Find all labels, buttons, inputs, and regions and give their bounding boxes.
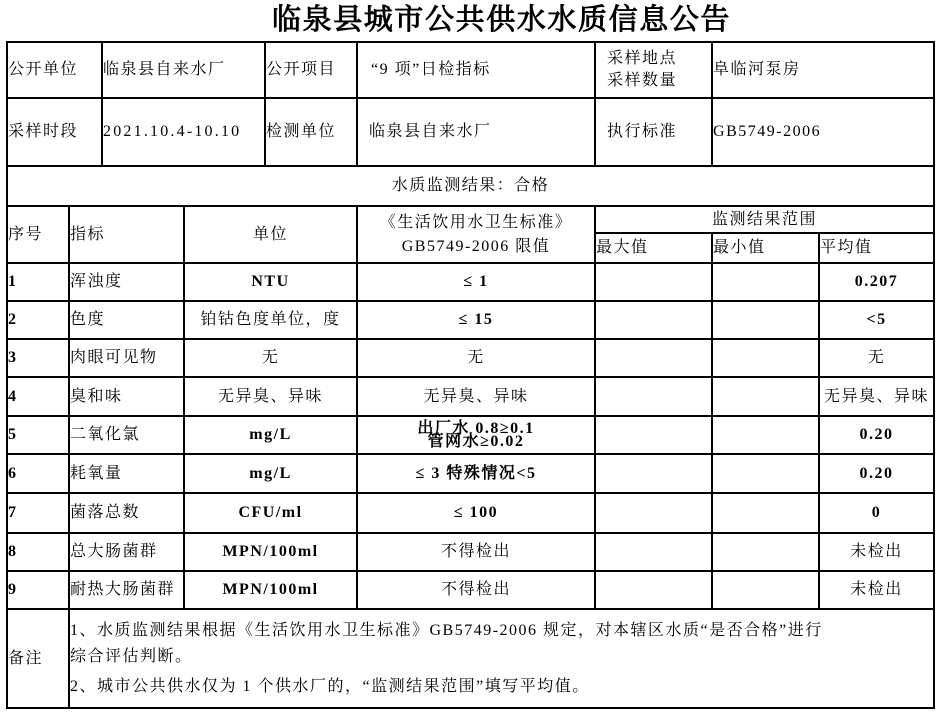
row-unit: 无 xyxy=(184,339,357,377)
row-min xyxy=(712,493,819,533)
remark-item-2: 2、城市公共供水仅为 1 个供水厂的，“监测结果范围”填写平均值。 xyxy=(70,674,933,700)
row-indicator: 浑浊度 xyxy=(69,263,184,301)
remark-line: 2、城市公共供水仅为 1 个供水厂的，“监测结果范围”填写平均值。 xyxy=(70,674,933,700)
row-unit: MPN/100ml xyxy=(184,571,357,609)
row-avg: 无异臭、异味 xyxy=(819,377,934,416)
header-min: 最小值 xyxy=(712,233,819,263)
testing-unit-label: 检测单位 xyxy=(265,98,357,166)
row-seq: 6 xyxy=(7,454,69,493)
sampling-period-label: 采样时段 xyxy=(7,98,102,166)
row-indicator: 耗氧量 xyxy=(69,454,184,493)
row-unit: mg/L xyxy=(184,416,357,454)
sampling-period-value: 2021.10.4-10.10 xyxy=(102,98,265,166)
row-limit: 出厂水 0.8≥0.1 管网水≥0.02 xyxy=(357,416,595,454)
row-limit: ≤ 15 xyxy=(357,301,595,339)
result-summary: 水质监测结果：合格 xyxy=(7,166,934,206)
row-max xyxy=(595,263,712,301)
row-avg: 0.207 xyxy=(819,263,934,301)
water-quality-table: 公开单位 临泉县自来水厂 公开项目 “9 项”日检指标 采样地点 采样数量 阜临… xyxy=(6,41,935,709)
row-limit: 无 xyxy=(357,339,595,377)
table-row: 6 耗氧量 mg/L ≤ 3 特殊情况<5 0.20 xyxy=(7,454,934,493)
table-row: 4 臭和味 无异臭、异味 无异臭、异味 无异臭、异味 xyxy=(7,377,934,416)
row-seq: 7 xyxy=(7,493,69,533)
row-seq: 5 xyxy=(7,416,69,454)
row-limit: 不得检出 xyxy=(357,571,595,609)
row-indicator: 色度 xyxy=(69,301,184,339)
row-avg: 未检出 xyxy=(819,533,934,571)
row-seq: 9 xyxy=(7,571,69,609)
header-limit: 《生活饮用水卫生标准》 GB5749-2006 限值 xyxy=(357,206,595,263)
header-max: 最大值 xyxy=(595,233,712,263)
row-max xyxy=(595,339,712,377)
sampling-location-label-line1: 采样地点 xyxy=(607,48,711,70)
row-limit-line2: 管网水≥0.02 xyxy=(358,435,594,448)
sampling-location-label: 采样地点 采样数量 xyxy=(595,42,712,98)
testing-unit-value: 临泉县自来水厂 xyxy=(357,98,595,166)
page-title: 临泉县城市公共供水水质信息公告 xyxy=(272,1,731,39)
table-row: 7 菌落总数 CFU/ml ≤ 100 0 xyxy=(7,493,934,533)
row-min xyxy=(712,416,819,454)
row-max xyxy=(595,571,712,609)
row-indicator: 二氧化氯 xyxy=(69,416,184,454)
header-unit: 单位 xyxy=(184,206,357,263)
header-indicator: 指标 xyxy=(69,206,184,263)
row-avg: 0.20 xyxy=(819,416,934,454)
row-avg: 0 xyxy=(819,493,934,533)
row-unit: CFU/ml xyxy=(184,493,357,533)
row-unit: MPN/100ml xyxy=(184,533,357,571)
row-avg: 0.20 xyxy=(819,454,934,493)
row-indicator: 肉眼可见物 xyxy=(69,339,184,377)
row-indicator: 耐热大肠菌群 xyxy=(69,571,184,609)
row-limit: 不得检出 xyxy=(357,533,595,571)
publish-unit-value: 临泉县自来水厂 xyxy=(102,42,265,98)
row-unit: 铂钴色度单位，度 xyxy=(184,301,357,339)
standard-value: GB5749-2006 xyxy=(712,98,934,166)
header-range: 监测结果范围 xyxy=(595,206,934,233)
row-min xyxy=(712,339,819,377)
row-min xyxy=(712,454,819,493)
row-max xyxy=(595,454,712,493)
row-max xyxy=(595,416,712,454)
row-indicator: 臭和味 xyxy=(69,377,184,416)
publish-item-value: “9 项”日检指标 xyxy=(357,42,595,98)
summary-row: 水质监测结果：合格 xyxy=(7,166,934,206)
row-limit: 无异臭、异味 xyxy=(357,377,595,416)
row-indicator: 总大肠菌群 xyxy=(69,533,184,571)
row-unit: mg/L xyxy=(184,454,357,493)
row-limit: ≤ 100 xyxy=(357,493,595,533)
row-avg: 未检出 xyxy=(819,571,934,609)
table-header-row-1: 序号 指标 单位 《生活饮用水卫生标准》 GB5749-2006 限值 监测结果… xyxy=(7,206,934,233)
table-row: 5 二氧化氯 mg/L 出厂水 0.8≥0.1 管网水≥0.02 0.20 xyxy=(7,416,934,454)
sampling-location-label-line2: 采样数量 xyxy=(607,70,711,92)
row-seq: 4 xyxy=(7,377,69,416)
row-unit: 无异臭、异味 xyxy=(184,377,357,416)
publish-unit-label: 公开单位 xyxy=(7,42,102,98)
row-seq: 1 xyxy=(7,263,69,301)
row-seq: 8 xyxy=(7,533,69,571)
remark-item-1: 1、水质监测结果根据《生活饮用水卫生标准》GB5749-2006 规定，对本辖区… xyxy=(70,618,933,670)
header-seq: 序号 xyxy=(7,206,69,263)
header-limit-line1: 《生活饮用水卫生标准》 xyxy=(358,211,594,235)
row-max xyxy=(595,301,712,339)
table-row: 1 浑浊度 NTU ≤ 1 0.207 xyxy=(7,263,934,301)
table-row: 9 耐热大肠菌群 MPN/100ml 不得检出 未检出 xyxy=(7,571,934,609)
standard-label: 执行标准 xyxy=(595,98,712,166)
table-row: 2 色度 铂钴色度单位，度 ≤ 15 <5 xyxy=(7,301,934,339)
row-unit: NTU xyxy=(184,263,357,301)
remark-line: 1、水质监测结果根据《生活饮用水卫生标准》GB5749-2006 规定，对本辖区… xyxy=(70,618,933,644)
row-seq: 3 xyxy=(7,339,69,377)
remarks-row: 备注 1、水质监测结果根据《生活饮用水卫生标准》GB5749-2006 规定，对… xyxy=(7,609,934,708)
table-row: 8 总大肠菌群 MPN/100ml 不得检出 未检出 xyxy=(7,533,934,571)
remarks-body: 1、水质监测结果根据《生活饮用水卫生标准》GB5749-2006 规定，对本辖区… xyxy=(69,609,934,708)
row-max xyxy=(595,493,712,533)
row-limit: ≤ 1 xyxy=(357,263,595,301)
sampling-location-value: 阜临河泵房 xyxy=(712,42,934,98)
row-min xyxy=(712,301,819,339)
row-limit: ≤ 3 特殊情况<5 xyxy=(357,454,595,493)
row-avg: 无 xyxy=(819,339,934,377)
row-seq: 2 xyxy=(7,301,69,339)
row-min xyxy=(712,263,819,301)
row-indicator: 菌落总数 xyxy=(69,493,184,533)
table-row: 3 肉眼可见物 无 无 无 xyxy=(7,339,934,377)
header-avg: 平均值 xyxy=(819,233,934,263)
row-max xyxy=(595,533,712,571)
info-row-1: 公开单位 临泉县自来水厂 公开项目 “9 项”日检指标 采样地点 采样数量 阜临… xyxy=(7,42,934,98)
publish-item-label: 公开项目 xyxy=(265,42,357,98)
row-min xyxy=(712,533,819,571)
info-row-2: 采样时段 2021.10.4-10.10 检测单位 临泉县自来水厂 执行标准 G… xyxy=(7,98,934,166)
header-limit-line2: GB5749-2006 限值 xyxy=(358,235,594,259)
row-avg: <5 xyxy=(819,301,934,339)
remarks-label: 备注 xyxy=(7,609,69,708)
row-max xyxy=(595,377,712,416)
row-min xyxy=(712,377,819,416)
remark-line: 综合评估判断。 xyxy=(70,644,933,670)
row-min xyxy=(712,571,819,609)
